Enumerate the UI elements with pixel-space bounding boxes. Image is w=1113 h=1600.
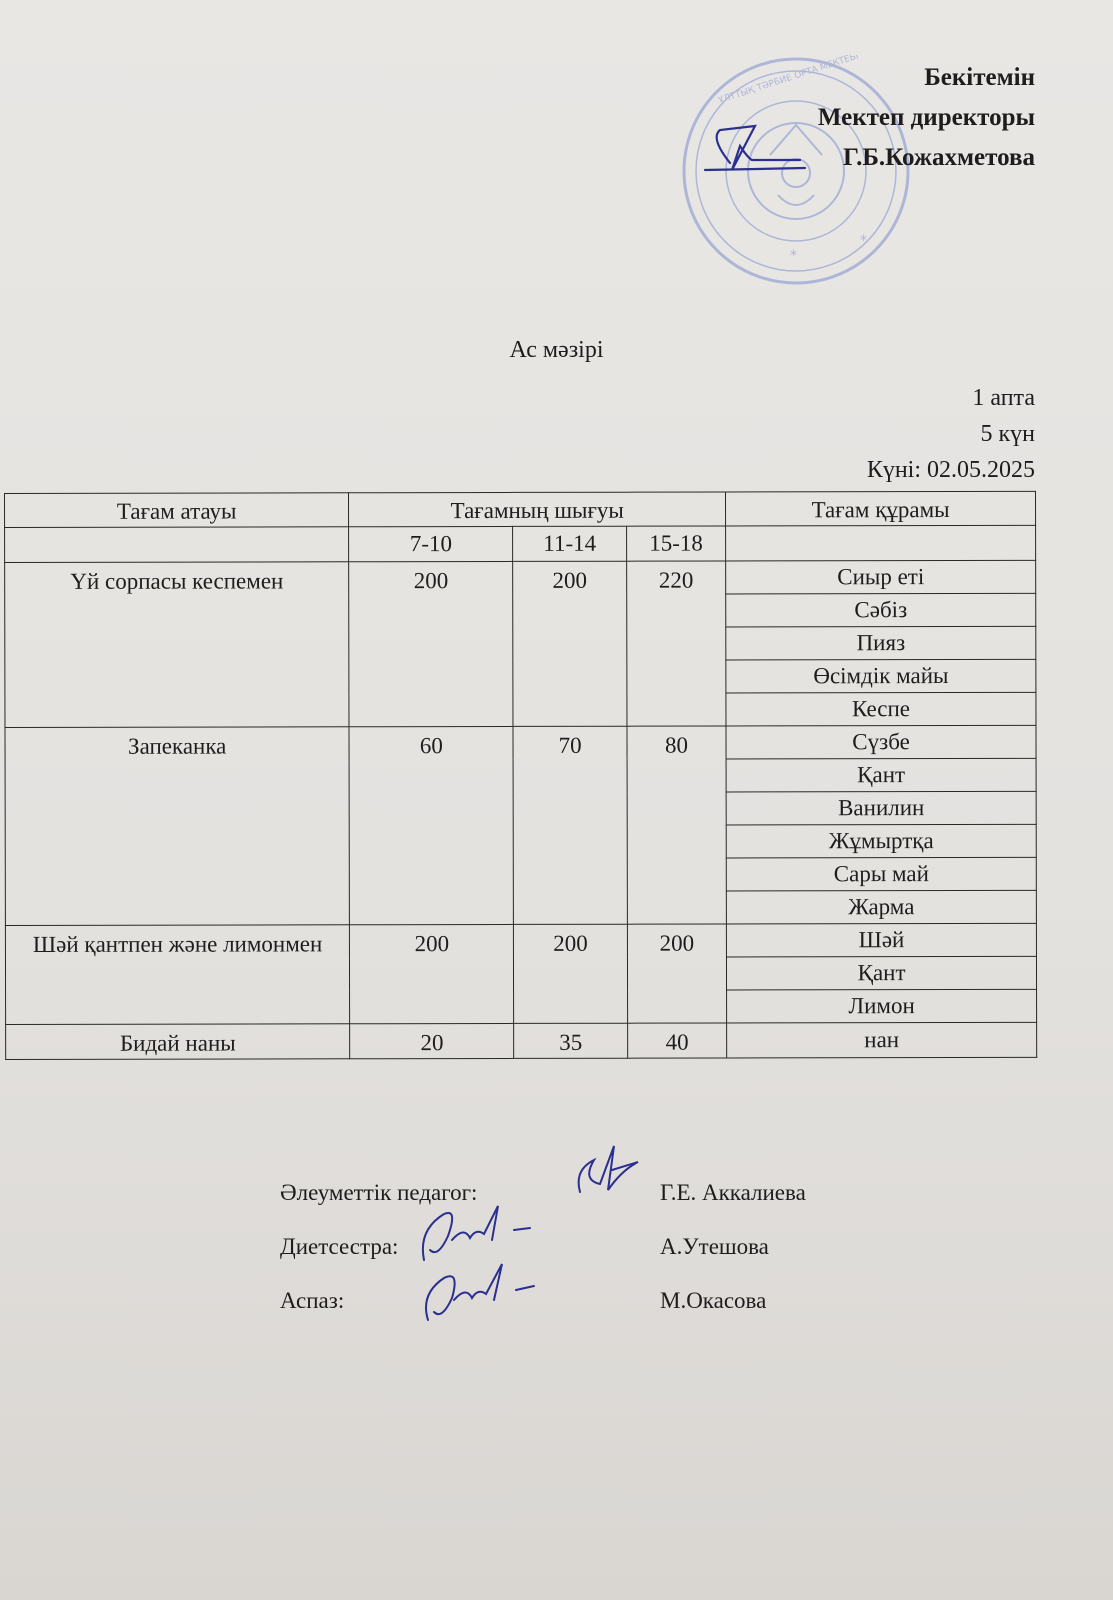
svg-text:*: * (860, 233, 867, 249)
ingredient-cell: нан (727, 1022, 1037, 1058)
signoff-row: Диетсестра: А.Утешова (280, 1234, 860, 1288)
ingredient-cell: Сары май (726, 857, 1036, 891)
header-ingredients: Тағам құрамы (726, 491, 1036, 526)
portion-cell: 200 (514, 924, 628, 1023)
portion-cell: 200 (513, 561, 627, 726)
handwritten-signature-icon (420, 1260, 550, 1326)
approval-heading: Бекітемін (818, 58, 1035, 98)
ingredient-cell: Шәй (726, 923, 1036, 957)
ingredient-cell: Жарма (726, 890, 1036, 924)
ingredient-cell: Жұмыртқа (726, 824, 1036, 858)
table-row: Шәй қантпен және лимонмен200200200Шәй (5, 923, 1036, 958)
approver-position: Мектеп директоры (818, 98, 1035, 138)
portion-cell: 35 (514, 1023, 627, 1058)
ingredient-cell: Қант (727, 956, 1037, 990)
header-blank (5, 527, 349, 563)
svg-text:*: * (790, 248, 797, 264)
week-label: 1 апта (867, 380, 1035, 416)
portion-cell: 200 (349, 561, 513, 726)
portion-cell: 20 (350, 1023, 514, 1058)
approval-block: Бекітемін Мектеп директоры Г.Б.Кожахмето… (818, 58, 1035, 178)
table-row: Бидай наны203540нан (6, 1022, 1037, 1059)
menu-document-page: ҰЛТТЫҚ ТӘРБИЕ ОРТА МЕКТЕБІ * * Бекітемін… (0, 0, 1113, 1600)
signoff-name: Г.Е. Аккалиева (660, 1180, 806, 1206)
header-age-11-14: 11-14 (513, 526, 626, 561)
handwritten-signature-icon (572, 1140, 642, 1200)
dish-name-cell: Бидай наны (6, 1024, 350, 1060)
header-age-7-10: 7-10 (349, 526, 513, 561)
ingredient-cell: Лимон (727, 989, 1037, 1023)
table-row: Запеканка607080Сүзбе (5, 725, 1036, 760)
header-age-15-18: 15-18 (626, 526, 725, 561)
signoff-name: М.Окасова (660, 1288, 766, 1314)
dish-name-cell: Запеканка (5, 727, 350, 926)
director-signature-icon (700, 118, 810, 178)
document-title: Ас мәзірі (0, 337, 1113, 364)
ingredient-cell: Қант (726, 758, 1036, 792)
dish-name-cell: Үй сорпасы кеспемен (5, 562, 350, 728)
signoff-row: Аспаз: М.Окасова (280, 1288, 860, 1342)
portion-cell: 70 (513, 726, 627, 924)
ingredient-cell: Ванилин (726, 791, 1036, 825)
portion-cell: 200 (350, 924, 514, 1023)
signoff-name: А.Утешова (660, 1234, 769, 1260)
menu-table: Тағам атауы Тағамның шығуы Тағам құрамы … (4, 491, 1037, 1060)
menu-table-body: Үй сорпасы кеспемен200200220Сиыр етіСәбі… (5, 560, 1037, 1059)
portion-cell: 220 (626, 561, 726, 726)
ingredient-cell: Өсімдік майы (726, 659, 1036, 693)
signoff-row: Әлеуметтік педагог: Г.Е. Аккалиева (280, 1180, 860, 1234)
ingredient-cell: Кеспе (726, 692, 1036, 726)
header-blank (726, 525, 1036, 561)
day-label: 5 күн (867, 416, 1035, 452)
ingredient-cell: Сиыр еті (726, 560, 1036, 594)
portion-cell: 200 (627, 924, 726, 1023)
portion-cell: 80 (627, 726, 727, 924)
portion-cell: 40 (627, 1023, 726, 1058)
portion-cell: 60 (349, 726, 513, 924)
date-label: Күні: 02.05.2025 (867, 452, 1035, 488)
signoff-block: Әлеуметтік педагог: Г.Е. Аккалиева Диетс… (280, 1180, 860, 1342)
menu-meta: 1 апта 5 күн Күні: 02.05.2025 (867, 380, 1035, 488)
signoff-role: Диетсестра: (280, 1234, 398, 1260)
ingredient-cell: Сүзбе (726, 725, 1036, 759)
approver-name: Г.Б.Кожахметова (818, 138, 1035, 178)
handwritten-signature-icon (418, 1200, 548, 1266)
header-dish-name: Тағам атауы (5, 493, 349, 528)
ingredient-cell: Сәбіз (726, 593, 1036, 627)
dish-name-cell: Шәй қантпен және лимонмен (5, 925, 350, 1025)
signoff-role: Аспаз: (280, 1288, 344, 1314)
header-portion-output: Тағамның шығуы (349, 492, 726, 527)
table-row: Үй сорпасы кеспемен200200220Сиыр еті (5, 560, 1036, 595)
ingredient-cell: Пияз (726, 626, 1036, 660)
